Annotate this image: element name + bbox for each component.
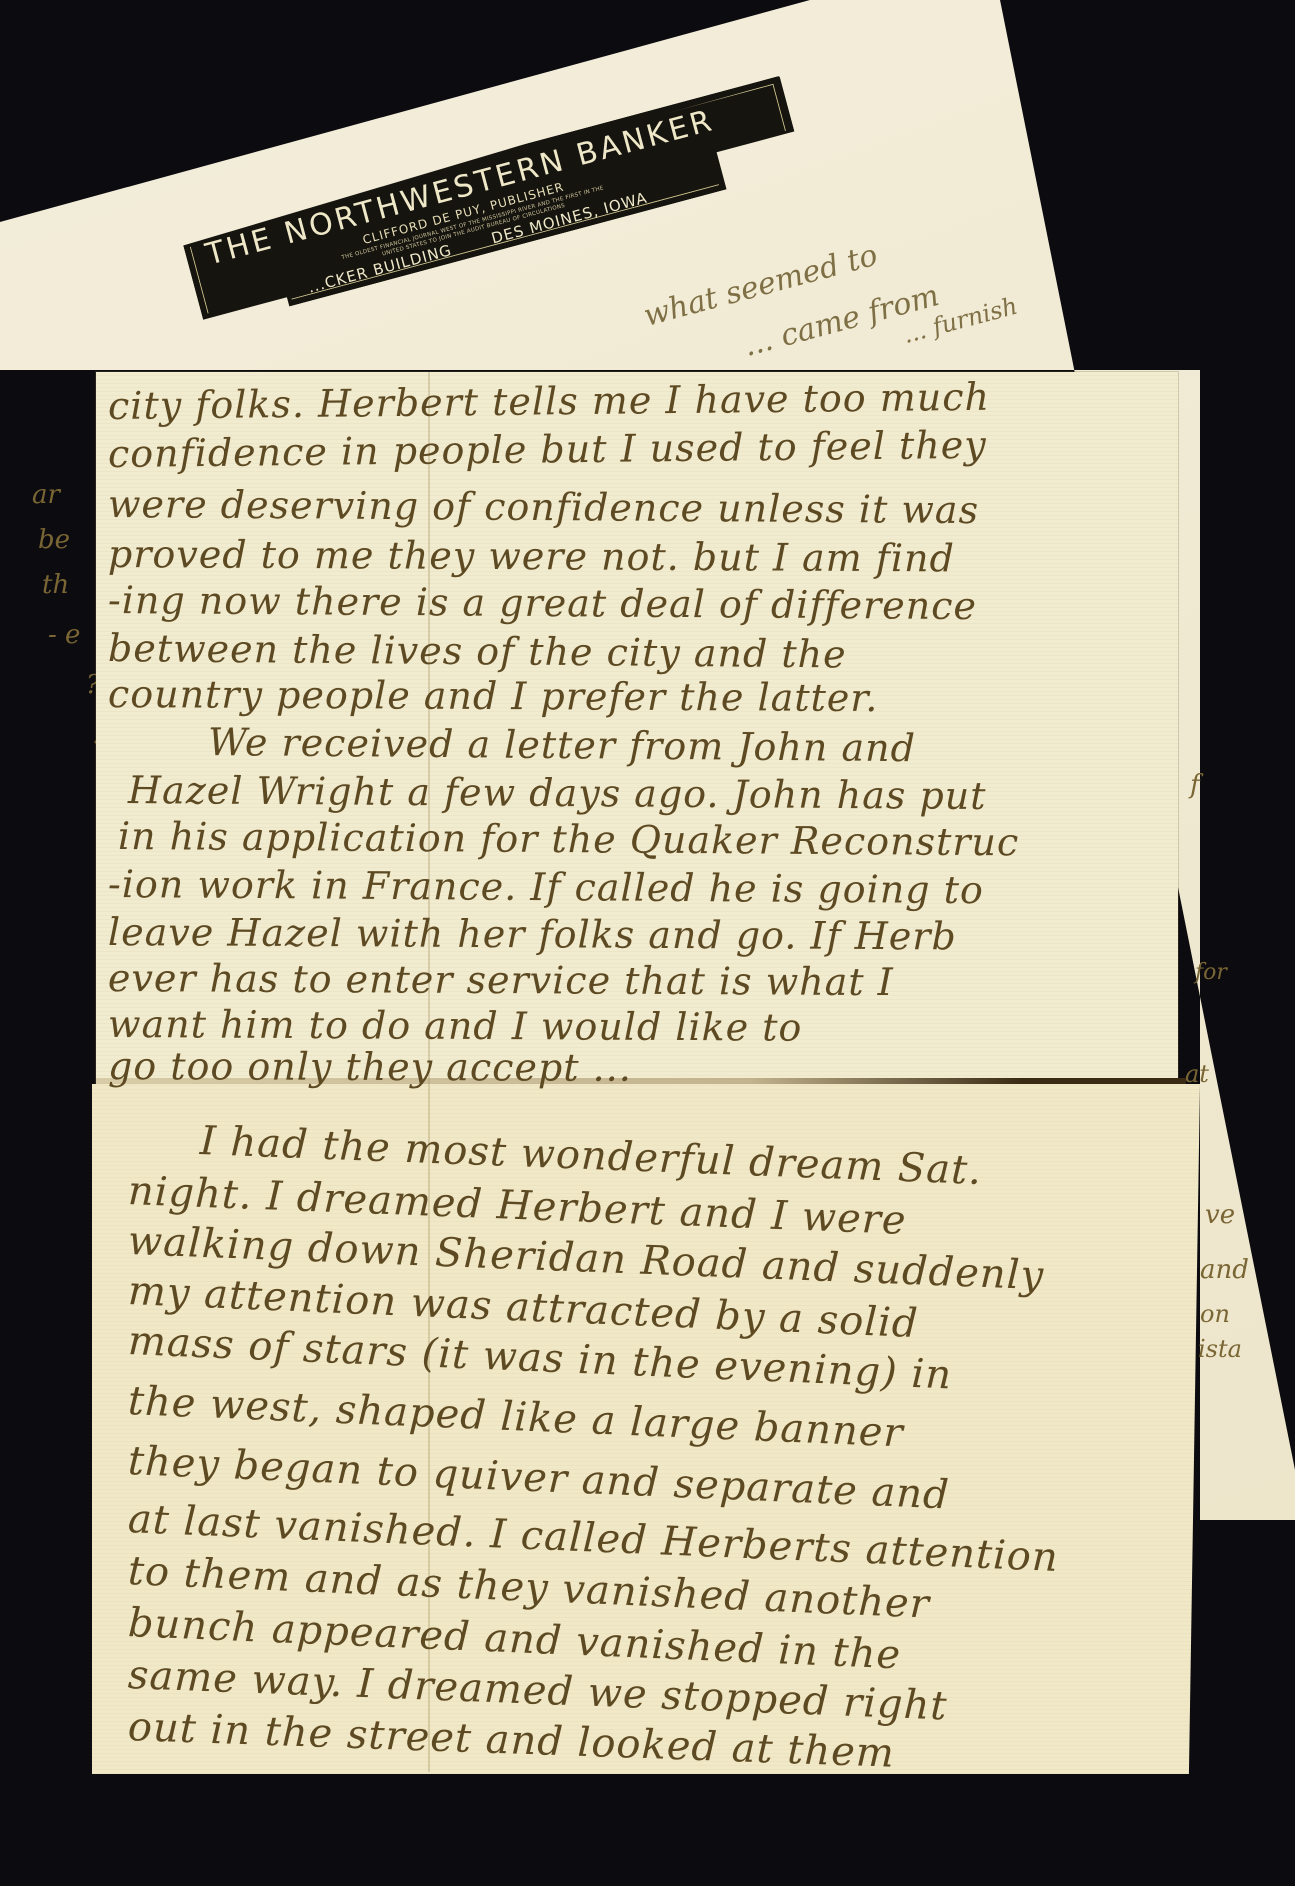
- handwritten-line: in his application for the Quaker Recons…: [118, 814, 1020, 864]
- margin-fragment: be: [38, 525, 70, 555]
- handwritten-line: proved to me they were not. but I am fin…: [108, 532, 955, 580]
- letter-photograph: THE NORTHWESTERN BANKER CLIFFORD DE PUY,…: [0, 0, 1295, 1886]
- handwritten-line: country people and I prefer the latter.: [108, 672, 879, 720]
- handwritten-line: city folks. Herbert tells me I have too …: [108, 375, 990, 428]
- margin-fragment: ve: [1205, 1200, 1235, 1230]
- handwritten-line: go too only they accept ...: [108, 1044, 632, 1090]
- margin-fragment: on: [1200, 1300, 1230, 1328]
- handwritten-line: were deserving of confidence unless it w…: [108, 482, 979, 532]
- handwritten-line: -ion work in France. If called he is goi…: [108, 862, 984, 912]
- margin-fragment: ar: [32, 480, 60, 510]
- handwritten-line: ever has to enter service that is what I: [108, 956, 894, 1004]
- handwritten-line: confidence in people but I used to feel …: [108, 423, 987, 476]
- handwritten-line: -ing now there is a great deal of differ…: [108, 578, 977, 628]
- handwritten-line: Hazel Wright a few days ago. John has pu…: [128, 768, 987, 818]
- margin-fragment: and: [1200, 1255, 1249, 1285]
- margin-fragment: ista: [1198, 1335, 1242, 1363]
- handwritten-line: leave Hazel with her folks and go. If He…: [108, 910, 957, 958]
- handwritten-line: between the lives of the city and the: [108, 626, 847, 676]
- margin-fragment: at: [1185, 1060, 1209, 1088]
- handwritten-line: We received a letter from John and: [208, 720, 916, 770]
- margin-fragment: for: [1195, 960, 1227, 985]
- margin-fragment: - e: [48, 620, 80, 650]
- handwritten-line: want him to do and I would like to: [108, 1002, 803, 1050]
- margin-fragment: f: [1190, 770, 1200, 800]
- margin-fragment: th: [42, 570, 69, 600]
